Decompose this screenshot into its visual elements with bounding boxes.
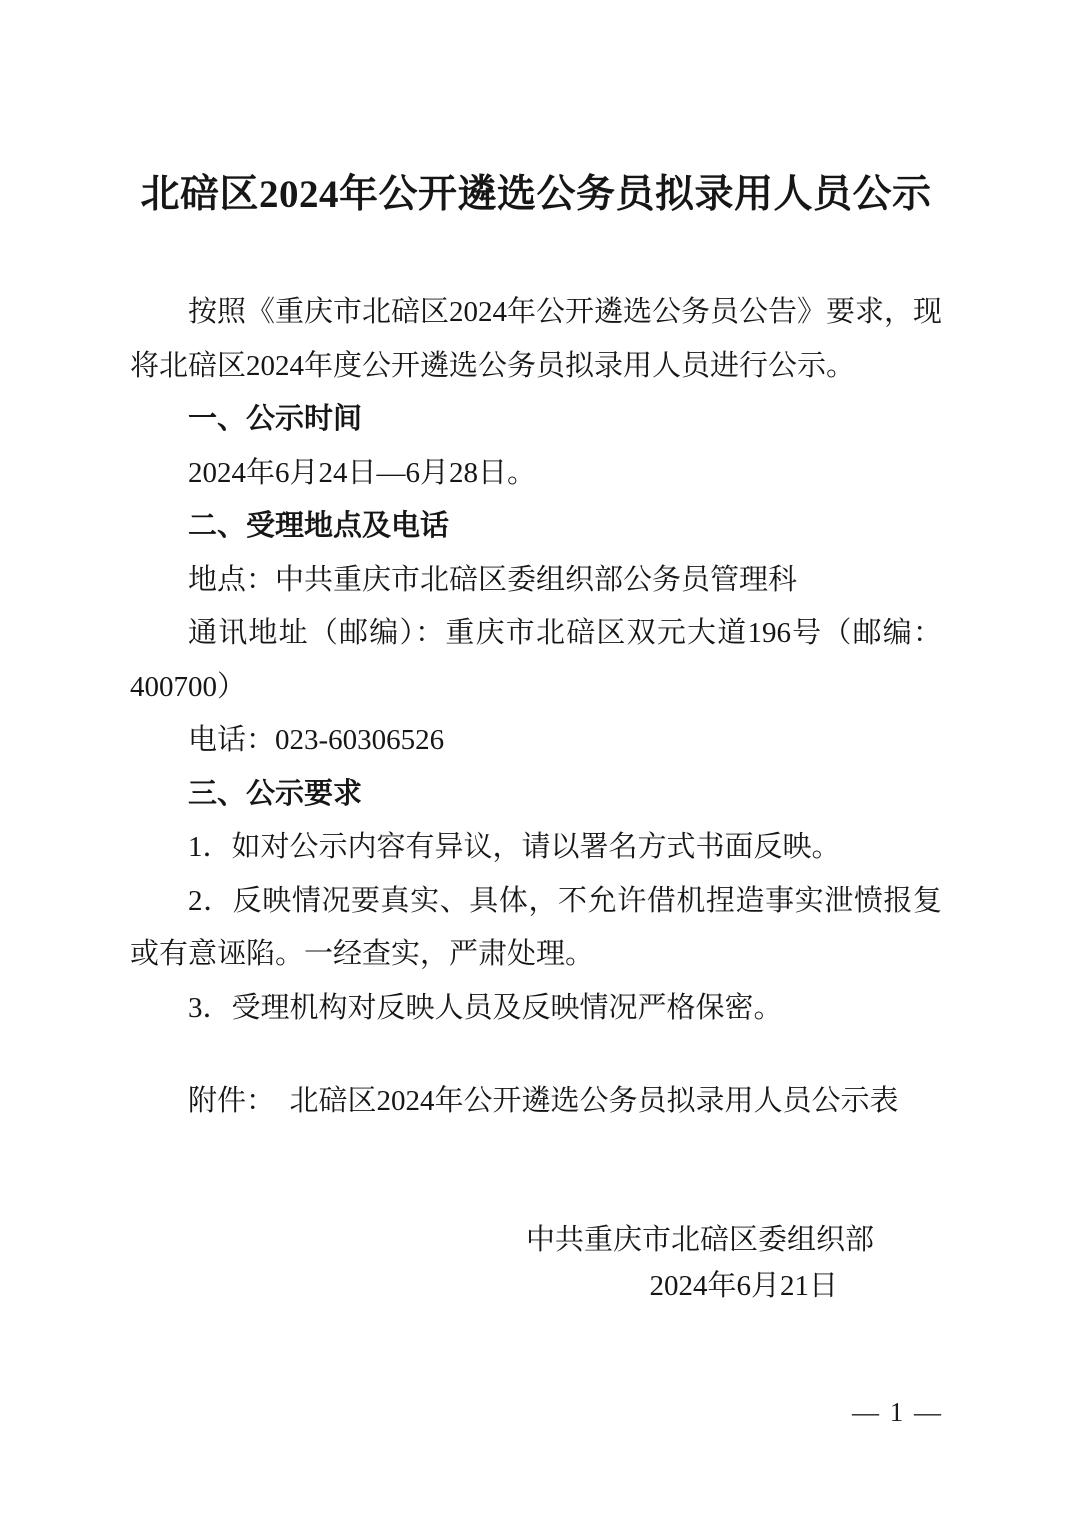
section-2-heading: 二、受理地点及电话 xyxy=(130,500,942,554)
attachment-title: 北碚区2024年公开遴选公务员拟录用人员公示表 xyxy=(290,1085,899,1117)
section-3-item-3: 3．受理机构对反映人员及反映情况严格保密。 xyxy=(130,982,942,1036)
section-1-paragraph-dates: 2024年6月24日—6月28日。 xyxy=(130,447,942,501)
section-2-paragraph-location: 地点：中共重庆市北碚区委组织部公务员管理科 xyxy=(130,554,942,608)
page-number: — 1 — xyxy=(852,1392,943,1432)
intro-paragraph: 按照《重庆市北碚区2024年公开遴选公务员公告》要求，现将北碚区2024年度公开… xyxy=(130,286,942,393)
document-page: 北碚区2024年公开遴选公务员拟录用人员公示 按照《重庆市北碚区2024年公开遴… xyxy=(0,0,1074,1520)
section-3-heading: 三、公示要求 xyxy=(130,768,942,822)
document-content: 北碚区2024年公开遴选公务员拟录用人员公示 按照《重庆市北碚区2024年公开遴… xyxy=(0,0,1074,1309)
signature-block: 中共重庆市北碚区委组织部 2024年6月21日 xyxy=(130,1217,942,1309)
attachment-line: 附件：北碚区2024年公开遴选公务员拟录用人员公示表 xyxy=(130,1075,942,1129)
section-3-item-2: 2．反映情况要真实、具体，不允许借机捏造事实泄愤报复或有意诬陷。一经查实，严肃处… xyxy=(130,875,942,982)
signature-organization: 中共重庆市北碚区委组织部 xyxy=(130,1217,874,1263)
document-body: 按照《重庆市北碚区2024年公开遴选公务员公告》要求，现将北碚区2024年度公开… xyxy=(130,286,942,1129)
section-3-item-1: 1．如对公示内容有异议，请以署名方式书面反映。 xyxy=(130,821,942,875)
section-2-paragraph-phone: 电话：023-60306526 xyxy=(130,714,942,768)
signature-date: 2024年6月21日 xyxy=(130,1263,838,1309)
section-2-paragraph-mail-address: 通讯地址（邮编）：重庆市北碚区双元大道196号（邮编：400700） xyxy=(130,607,942,714)
section-1-heading: 一、公示时间 xyxy=(130,393,942,447)
attachment-label: 附件： xyxy=(188,1085,275,1117)
document-title: 北碚区2024年公开遴选公务员拟录用人员公示 xyxy=(130,165,942,225)
